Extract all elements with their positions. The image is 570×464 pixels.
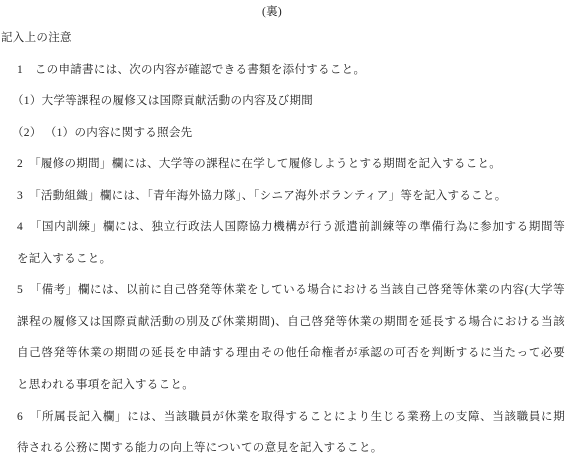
note-1-item-2: （2） （1）の内容に関する照会先: [12, 118, 570, 150]
note-5-line-3: 自己啓発等休業の期間の延長を申請する理由その他任命権者が承認の可否を判断するに当…: [17, 338, 565, 370]
note-4-line-2: を記入すること。: [17, 244, 570, 276]
note-1-item-1: （1）大学等課程の履修又は国際貢献活動の内容及び期間: [12, 86, 570, 118]
notes-body: 記入上の注意 1 この申請書には、次の内容が確認できる書類を添付すること。 （1…: [0, 23, 570, 464]
note-3: 3 「活動組織」欄には、「青年海外協力隊」、「シニア海外ボランティア」等を記入す…: [17, 181, 570, 213]
note-5-line-1: 5 「備考」欄には、以前に自己啓発等休業をしている場合における当該自己啓発等休業…: [17, 275, 565, 307]
notes-heading: 記入上の注意: [1, 23, 570, 55]
note-5-line-2: 課程の履修又は国際貢献活動の別及び休業期間)、自己啓発等休業の期間を延長する場合…: [17, 307, 565, 339]
note-2: 2 「履修の期間」欄には、大学等の課程に在学して履修しようとする期間を記入するこ…: [17, 149, 570, 181]
note-6-line-1: 6 「所属長記入欄」には、当該職員が休業を取得することにより生じる業務上の支障、…: [17, 402, 565, 434]
note-5-line-4: と思われる事項を記入すること。: [17, 370, 570, 402]
note-6-line-2: 待される公務に関する能力の向上等についての意見を記入すること。: [17, 433, 570, 464]
document-page-back: (裏) 記入上の注意 1 この申請書には、次の内容が確認できる書類を添付すること…: [0, 0, 570, 464]
note-1: 1 この申請書には、次の内容が確認できる書類を添付すること。: [17, 55, 570, 87]
page-side-label: (裏): [0, 3, 570, 19]
note-4-line-1: 4 「国内訓練」欄には、独立行政法人国際協力機構が行う派遣前訓練等の準備行為に参…: [17, 212, 565, 244]
